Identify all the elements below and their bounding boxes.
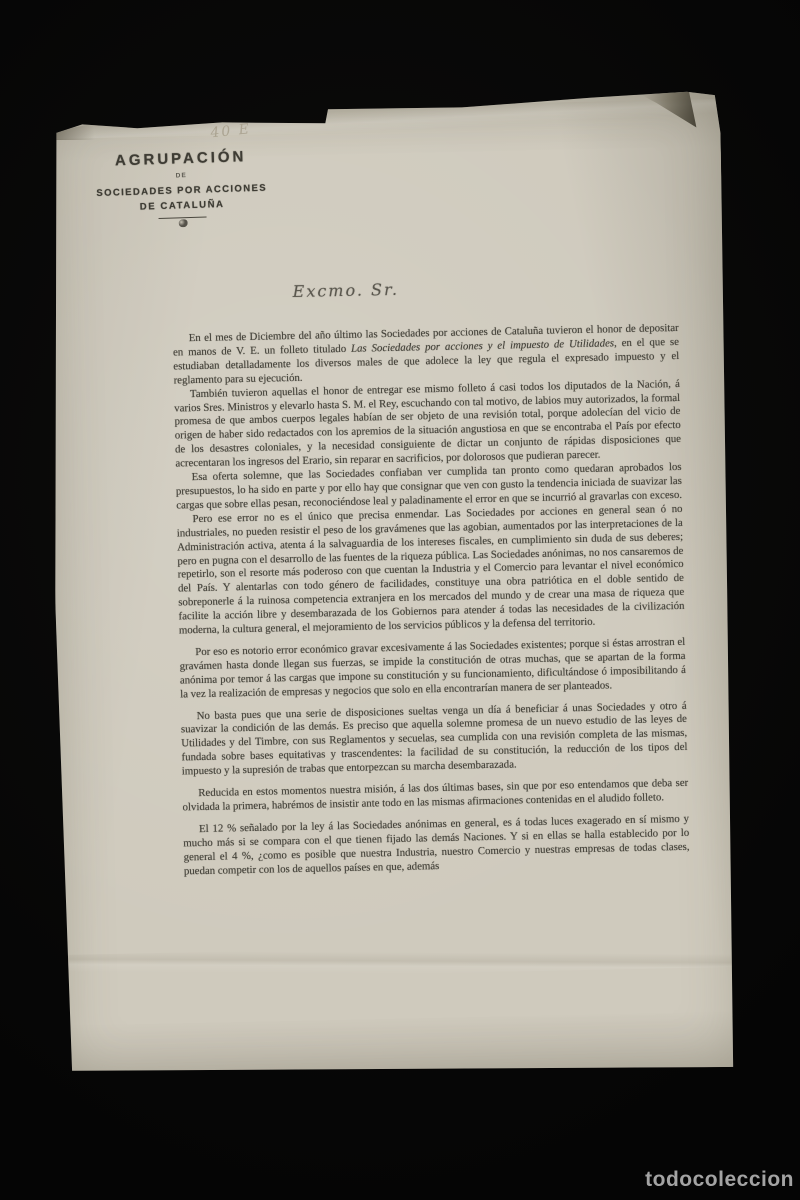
folded-corner-top-left: [54, 122, 104, 141]
photo-background: 40 E AGRUPACIÓN DE SOCIEDADES POR ACCION…: [0, 0, 800, 1200]
ornament-icon: [178, 220, 187, 228]
paper-crease-bottom: [60, 941, 738, 981]
watermark-text: todocoleccion: [645, 1168, 794, 1192]
document-sheet: 40 E AGRUPACIÓN DE SOCIEDADES POR ACCION…: [42, 89, 740, 1083]
letterhead-societies: SOCIEDADES POR ACCIONES: [92, 182, 272, 199]
paragraph: No basta pues que una serie de disposici…: [181, 699, 688, 779]
body-paragraphs: En el mes de Diciembre del año último la…: [173, 322, 690, 879]
letterhead-region: DE CATALUÑA: [92, 197, 272, 214]
letterhead: AGRUPACIÓN DE SOCIEDADES POR ACCIONES DE…: [90, 147, 272, 230]
folded-corner-top-right: [640, 92, 697, 129]
paragraph: Reducida en estos momentos nuestra misió…: [182, 777, 688, 815]
paragraph: Pero ese error no es el único que precis…: [176, 503, 685, 639]
pencil-price-note: 40 E: [210, 121, 252, 141]
salutation: Excmo. Sr.: [46, 275, 646, 307]
paragraph: El 12 % señalado por la ley á las Socied…: [183, 813, 690, 879]
letterhead-de: DE: [91, 169, 271, 182]
letterhead-org-name: AGRUPACIÓN: [90, 147, 270, 170]
paragraph: También tuvieron aquellas el honor de en…: [174, 378, 682, 472]
paper-crease-top: [42, 99, 720, 139]
paragraph: Por eso es notorio error económico grava…: [179, 636, 686, 702]
